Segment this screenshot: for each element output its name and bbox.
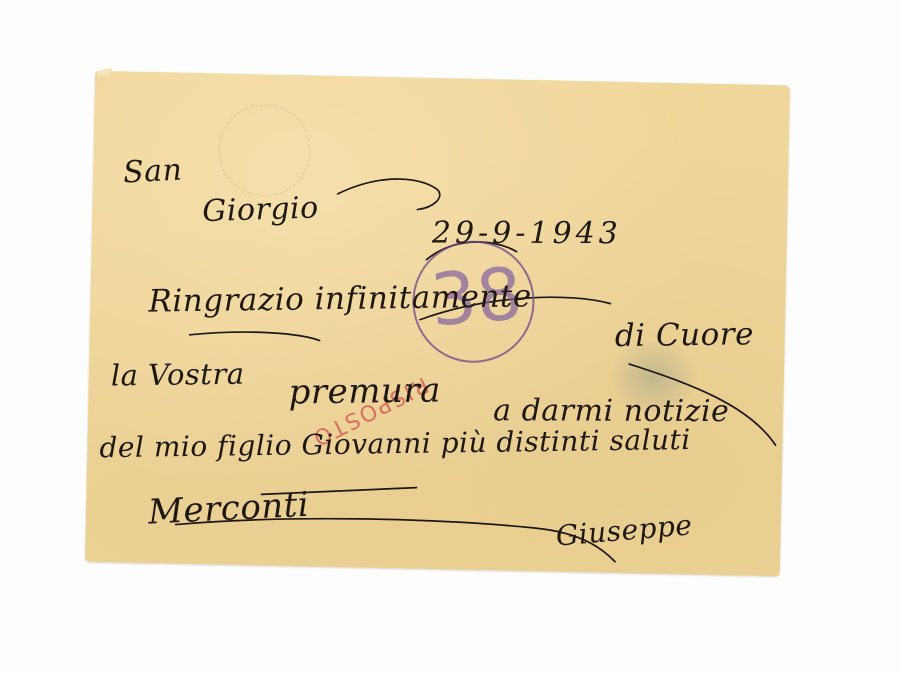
scan-background: 38 RISPOSTO San Giorgio 29-9-1943 Ringra… [0,0,900,674]
place-line-2: Giorgio [202,190,319,229]
postcard: 38 RISPOSTO San Giorgio 29-9-1943 Ringra… [85,71,790,576]
body-line-1-end: di Cuore [615,316,755,354]
date: 29-9-1943 [432,216,622,252]
place-line-1: San [122,153,183,191]
body-line-2-middle: premura [288,370,441,412]
signature-surname: Merconti [147,485,310,533]
body-line-2-start: la Vostra [111,357,245,393]
body-line-1: Ringrazio infinitamente [148,278,532,319]
